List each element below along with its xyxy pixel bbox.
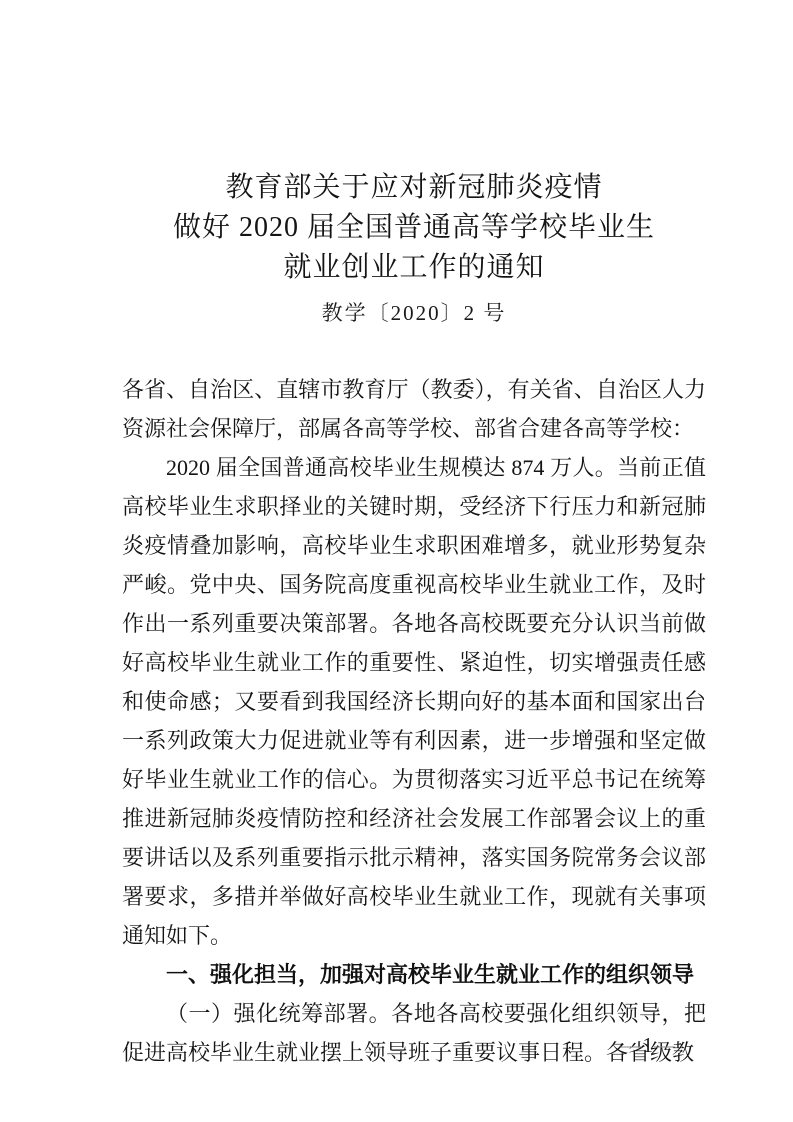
document-content: 教育部关于应对新冠肺炎疫情 做好 2020 届全国普通高等学校毕业生 就业创业工… xyxy=(122,168,706,1072)
title-line-2: 做好 2020 届全国普通高等学校毕业生 xyxy=(122,208,706,248)
document-page: 教育部关于应对新冠肺炎疫情 做好 2020 届全国普通高等学校毕业生 就业创业工… xyxy=(0,0,793,1122)
title-line-3: 就业创业工作的通知 xyxy=(122,248,706,288)
document-body: 各省、自治区、直辖市教育厅（教委），有关省、自治区人力资源社会保障厅，部属各高等… xyxy=(122,370,706,1072)
footer-dash-left: — xyxy=(621,1033,642,1057)
footer-page-number: 1 xyxy=(642,1033,655,1057)
sub-paragraph-1: （一）强化统筹部署。各地各高校要强化组织领导，把促进高校毕业生就业摆上领导班子重… xyxy=(122,994,706,1072)
document-number: 教学〔2020〕2 号 xyxy=(122,300,706,326)
title-line-1: 教育部关于应对新冠肺炎疫情 xyxy=(122,168,706,208)
section-1-heading: 一、强化担当，加强对高校毕业生就业工作的组织领导 xyxy=(122,955,706,994)
salutation: 各省、自治区、直辖市教育厅（教委），有关省、自治区人力资源社会保障厅，部属各高等… xyxy=(122,370,706,448)
intro-paragraph: 2020 届全国普通高校毕业生规模达 874 万人。当前正值高校毕业生求职择业的… xyxy=(122,448,706,955)
document-title: 教育部关于应对新冠肺炎疫情 做好 2020 届全国普通高等学校毕业生 就业创业工… xyxy=(122,168,706,288)
sub-paragraph-1-lead: （一）强化统筹部署。 xyxy=(166,1001,391,1026)
footer-dash-right: — xyxy=(654,1033,675,1057)
page-number-footer: —1— xyxy=(621,1033,676,1057)
